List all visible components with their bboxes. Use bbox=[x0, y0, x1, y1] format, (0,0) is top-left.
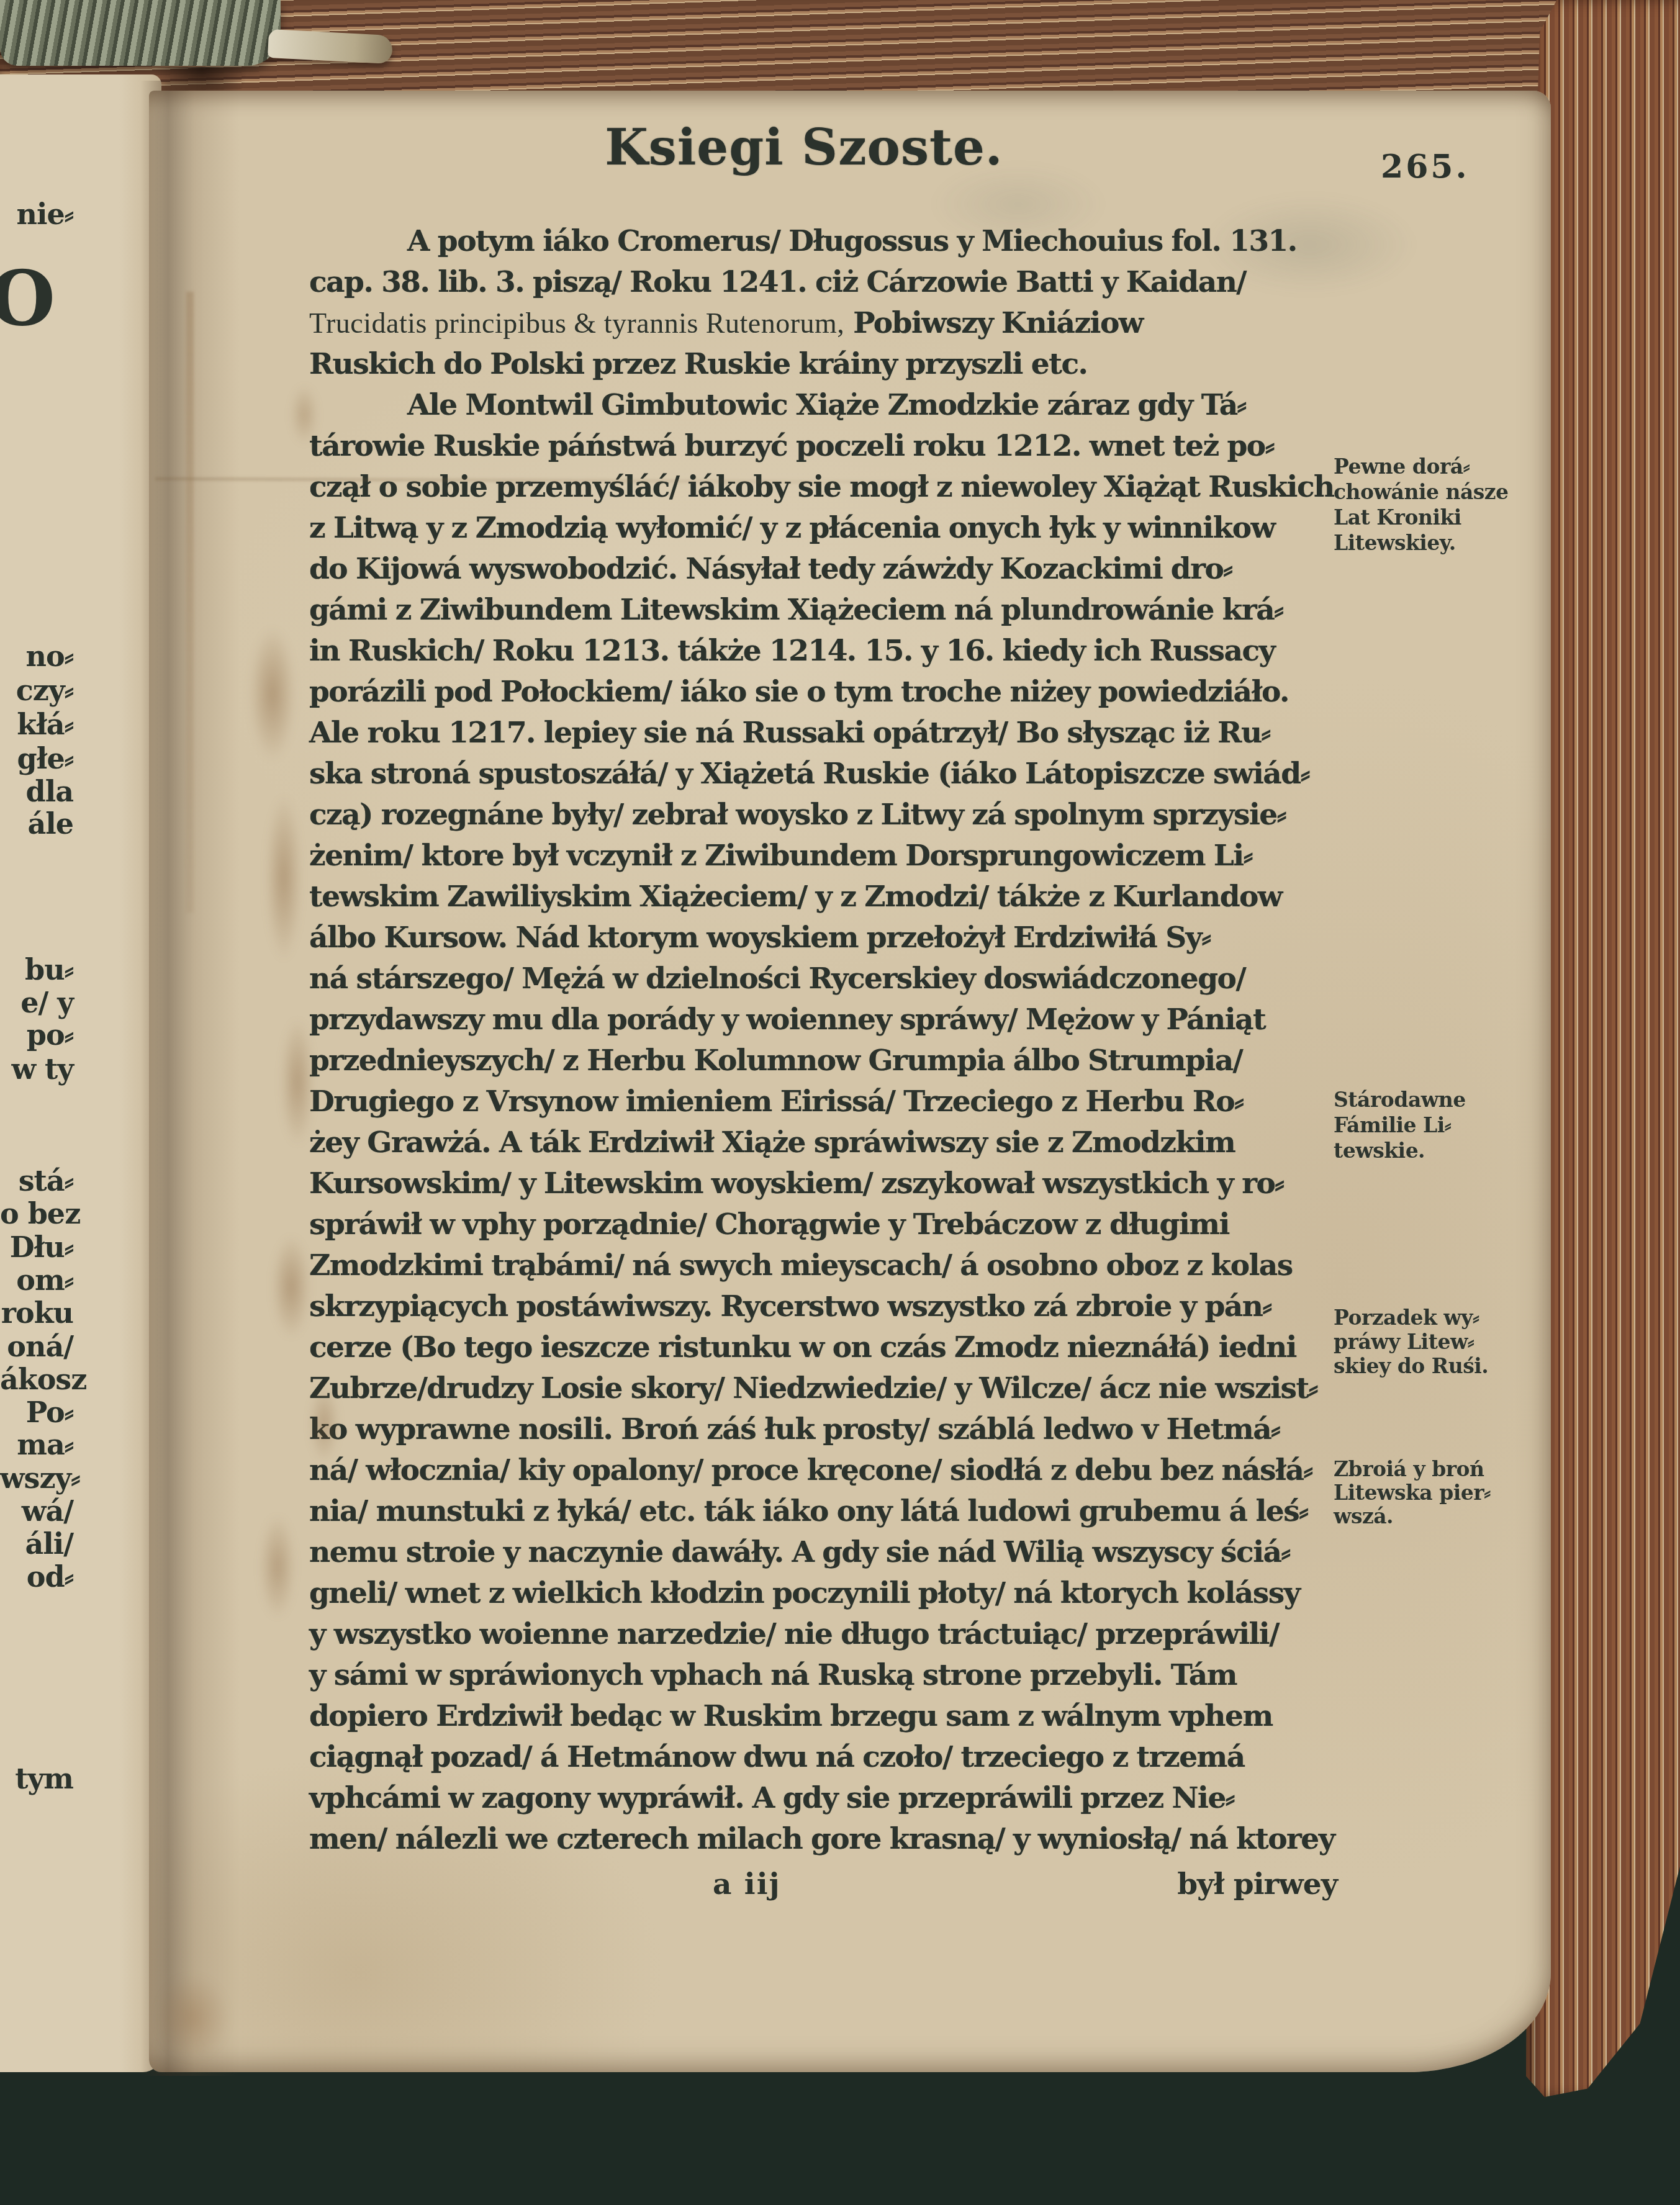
margin-note-line: tewskie. bbox=[1334, 1139, 1545, 1163]
margin-note-line: Zbroiá y broń bbox=[1334, 1458, 1545, 1481]
text-line: A potym iáko Cromerus/ Długossus y Miech… bbox=[309, 221, 1337, 262]
blackletter-text: Pobiwszy Kniáziow bbox=[844, 306, 1142, 340]
running-title: Ksiegi Szoste. bbox=[416, 118, 1192, 176]
blackletter-text: cerze (Bo tego ieszcze ristunku w on czá… bbox=[309, 1330, 1296, 1364]
blackletter-text: ná stárszego/ Mężá w dzielności Rycerski… bbox=[309, 962, 1245, 996]
blackletter-text: tárowie Ruskie páństwá burzyć poczeli ro… bbox=[309, 429, 1274, 463]
text-line: men/ nálezli we czterech milach gore kra… bbox=[309, 1819, 1337, 1860]
text-line: żenim/ ktore był vczynił z Ziwibundem Do… bbox=[309, 836, 1337, 877]
text-line: Drugiego z Vrsynow imieniem Eirissá/ Trz… bbox=[309, 1081, 1337, 1122]
text-line: Ale roku 1217. lepiey sie ná Russaki opá… bbox=[309, 713, 1337, 754]
text-line: żey Grawżá. A ták Erdziwił Xiąże spráwiw… bbox=[309, 1122, 1337, 1163]
blackletter-text: y wszystko woienne narzedzie/ nie długo … bbox=[309, 1617, 1279, 1651]
main-text-block: A potym iáko Cromerus/ Długossus y Miech… bbox=[309, 221, 1337, 1860]
book-scan: Ksiegi Szoste. 265. A potym iáko Cromeru… bbox=[0, 0, 1680, 2205]
margin-note-line: práwy Litew⸗ bbox=[1334, 1330, 1545, 1354]
blackletter-text: Drugiego z Vrsynow imieniem Eirissá/ Trz… bbox=[309, 1084, 1243, 1119]
text-line: ná stárszego/ Mężá w dzielności Rycerski… bbox=[309, 958, 1337, 999]
text-line: ko wyprawne nosili. Broń záś łuk prosty/… bbox=[309, 1409, 1337, 1450]
blackletter-text: ná/ włocznia/ kiy opalony/ proce kręcone… bbox=[309, 1453, 1312, 1487]
text-line: przydawszy mu dla porády y woienney sprá… bbox=[309, 999, 1337, 1040]
margin-note-line: Stárodawne bbox=[1334, 1088, 1545, 1112]
text-line: ná/ włocznia/ kiy opalony/ proce kręcone… bbox=[309, 1450, 1337, 1491]
blackletter-text: przednieyszych/ z Herbu Kolumnow Grumpia… bbox=[309, 1044, 1242, 1078]
blackletter-text: Ale roku 1217. lepiey sie ná Russaki opá… bbox=[309, 716, 1270, 750]
blackletter-text: nia/ munstuki z łyká/ etc. ták iáko ony … bbox=[309, 1494, 1307, 1528]
text-line: nia/ munstuki z łyká/ etc. ták iáko ony … bbox=[309, 1491, 1337, 1532]
blackletter-text: Zubrze/drudzy Losie skory/ Niedzwiedzie/… bbox=[309, 1371, 1317, 1405]
blackletter-text: dopiero Erdziwił bedąc w Ruskim brzegu s… bbox=[309, 1699, 1273, 1733]
text-line: tárowie Ruskie páństwá burzyć poczeli ro… bbox=[309, 426, 1337, 467]
blackletter-text: y sámi w spráwionych vphach ná Ruską str… bbox=[309, 1658, 1237, 1692]
blackletter-text: z Litwą y z Zmodzią wyłomić/ y z płáceni… bbox=[309, 511, 1275, 545]
text-line: porázili pod Połockiem/ iáko sie o tym t… bbox=[309, 672, 1337, 713]
blackletter-text: skrzypiących postáwiwszy. Rycerstwo wszy… bbox=[309, 1289, 1271, 1323]
facing-page-sliver bbox=[0, 74, 161, 2072]
text-line: gneli/ wnet z wielkich kłodzin poczynili… bbox=[309, 1573, 1337, 1614]
text-line: Zmodzkimi trąbámi/ ná swych mieyscach/ á… bbox=[309, 1245, 1337, 1286]
blackletter-text: spráwił w vphy porządnie/ Chorągwie y Tr… bbox=[309, 1207, 1229, 1242]
blackletter-text: ko wyprawne nosili. Broń záś łuk prosty/… bbox=[309, 1412, 1280, 1446]
text-line: tewskim Zawiliyskim Xiążeciem/ y z Zmodz… bbox=[309, 877, 1337, 918]
blackletter-text: Ale Montwil Gimbutowic Xiąże Zmodzkie zá… bbox=[407, 388, 1246, 422]
text-line: czą) rozegnáne były/ zebrał woysko z Lit… bbox=[309, 795, 1337, 836]
text-line: Ruskich do Polski przez Ruskie kráiny pr… bbox=[309, 344, 1337, 385]
blackletter-text: álbo Kursow. Nád ktorym woyskiem przełoż… bbox=[309, 921, 1211, 955]
text-line: Ale Montwil Gimbutowic Xiąże Zmodzkie zá… bbox=[309, 385, 1337, 426]
signature-row: a iij był pirwey bbox=[309, 1867, 1337, 1911]
margin-note-line: Porzadek wy⸗ bbox=[1334, 1306, 1545, 1330]
signature-mark: a iij bbox=[713, 1867, 781, 1901]
blackletter-text: Kursowskim/ y Litewskim woyskiem/ zszyko… bbox=[309, 1166, 1283, 1201]
text-line: do Kijowá wyswobodzić. Násyłał tedy záwż… bbox=[309, 549, 1337, 590]
margin-note-line: chowánie násze bbox=[1334, 480, 1545, 504]
blackletter-text: żenim/ ktore był vczynił z Ziwibundem Do… bbox=[309, 839, 1252, 873]
text-line: spráwił w vphy porządnie/ Chorągwie y Tr… bbox=[309, 1204, 1337, 1245]
margin-note-line: wszá. bbox=[1334, 1505, 1545, 1528]
book-page: Ksiegi Szoste. 265. A potym iáko Cromeru… bbox=[149, 91, 1551, 2072]
latin-phrase: Trucidatis principibus & tyrannis Ruteno… bbox=[309, 307, 844, 339]
margin-note-line: skiey do Ruśi. bbox=[1334, 1355, 1545, 1378]
blackletter-text: przydawszy mu dla porády y woienney sprá… bbox=[309, 1003, 1265, 1037]
text-line: przednieyszych/ z Herbu Kolumnow Grumpia… bbox=[309, 1040, 1337, 1081]
margin-note-line: Litewska pier⸗ bbox=[1334, 1481, 1545, 1505]
blackletter-text: cap. 38. lib. 3. piszą/ Roku 1241. ciż C… bbox=[309, 265, 1246, 299]
text-line: Kursowskim/ y Litewskim woyskiem/ zszyko… bbox=[309, 1163, 1337, 1204]
text-line: cerze (Bo tego ieszcze ristunku w on czá… bbox=[309, 1327, 1337, 1368]
book-headband bbox=[0, 0, 281, 66]
blackletter-text: ciągnął pozad/ á Hetmánow dwu ná czoło/ … bbox=[309, 1740, 1245, 1774]
blackletter-text: nemu stroie y naczynie dawáły. A gdy sie… bbox=[309, 1535, 1290, 1569]
margin-note-line: Litewskiey. bbox=[1334, 531, 1545, 555]
blackletter-text: Ruskich do Polski przez Ruskie kráiny pr… bbox=[309, 347, 1087, 381]
text-line: z Litwą y z Zmodzią wyłomić/ y z płáceni… bbox=[309, 508, 1337, 549]
text-line: y wszystko woienne narzedzie/ nie długo … bbox=[309, 1614, 1337, 1655]
blackletter-text: czął o sobie przemyśláć/ iákoby sie mogł… bbox=[309, 470, 1334, 504]
text-line: in Ruskich/ Roku 1213. tákże 1214. 15. y… bbox=[309, 631, 1337, 672]
margin-note-line: Lat Kroniki bbox=[1334, 506, 1545, 530]
text-line: Zubrze/drudzy Losie skory/ Niedzwiedzie/… bbox=[309, 1368, 1337, 1409]
blackletter-text: A potym iáko Cromerus/ Długossus y Miech… bbox=[407, 224, 1297, 258]
blackletter-text: żey Grawżá. A ták Erdziwił Xiąże spráwiw… bbox=[309, 1125, 1235, 1160]
blackletter-text: do Kijowá wyswobodzić. Násyłał tedy záwż… bbox=[309, 552, 1232, 586]
text-line: ciągnął pozad/ á Hetmánow dwu ná czoło/ … bbox=[309, 1737, 1337, 1778]
text-line: gámi z Ziwibundem Litewskim Xiążeciem ná… bbox=[309, 590, 1337, 631]
text-line: Trucidatis principibus & tyrannis Ruteno… bbox=[309, 303, 1337, 344]
text-line: cap. 38. lib. 3. piszą/ Roku 1241. ciż C… bbox=[309, 262, 1337, 303]
blackletter-text: tewskim Zawiliyskim Xiążeciem/ y z Zmodz… bbox=[309, 880, 1282, 914]
margin-note-line: Fámilie Li⸗ bbox=[1334, 1114, 1545, 1137]
text-line: vphcámi w zagony wypráwił. A gdy sie prz… bbox=[309, 1778, 1337, 1819]
blackletter-text: men/ nálezli we czterech milach gore kra… bbox=[309, 1822, 1335, 1856]
text-line: álbo Kursow. Nád ktorym woyskiem przełoż… bbox=[309, 918, 1337, 958]
blackletter-text: ska stroná spustoszáłá/ y Xiążetá Ruskie… bbox=[309, 757, 1309, 791]
margin-note-line: Pewne dorá⸗ bbox=[1334, 455, 1545, 479]
blackletter-text: porázili pod Połockiem/ iáko sie o tym t… bbox=[309, 675, 1289, 709]
blackletter-text: Zmodzkimi trąbámi/ ná swych mieyscach/ á… bbox=[309, 1248, 1293, 1283]
page-number: 265. bbox=[1381, 148, 1470, 186]
blackletter-text: czą) rozegnáne były/ zebrał woysko z Lit… bbox=[309, 798, 1286, 832]
catchword: był pirwey bbox=[1177, 1867, 1337, 1901]
blackletter-text: gneli/ wnet z wielkich kłodzin poczynili… bbox=[309, 1576, 1299, 1610]
blackletter-text: in Ruskich/ Roku 1213. tákże 1214. 15. y… bbox=[309, 634, 1275, 668]
text-line: ska stroná spustoszáłá/ y Xiążetá Ruskie… bbox=[309, 754, 1337, 795]
text-line: dopiero Erdziwił bedąc w Ruskim brzegu s… bbox=[309, 1696, 1337, 1737]
blackletter-text: vphcámi w zagony wypráwił. A gdy sie prz… bbox=[309, 1781, 1234, 1815]
text-line: y sámi w spráwionych vphach ná Ruską str… bbox=[309, 1655, 1337, 1696]
text-line: czął o sobie przemyśláć/ iákoby sie mogł… bbox=[309, 467, 1337, 508]
blackletter-text: gámi z Ziwibundem Litewskim Xiążeciem ná… bbox=[309, 593, 1283, 627]
text-line: nemu stroie y naczynie dawáły. A gdy sie… bbox=[309, 1532, 1337, 1573]
text-line: skrzypiących postáwiwszy. Rycerstwo wszy… bbox=[309, 1286, 1337, 1327]
